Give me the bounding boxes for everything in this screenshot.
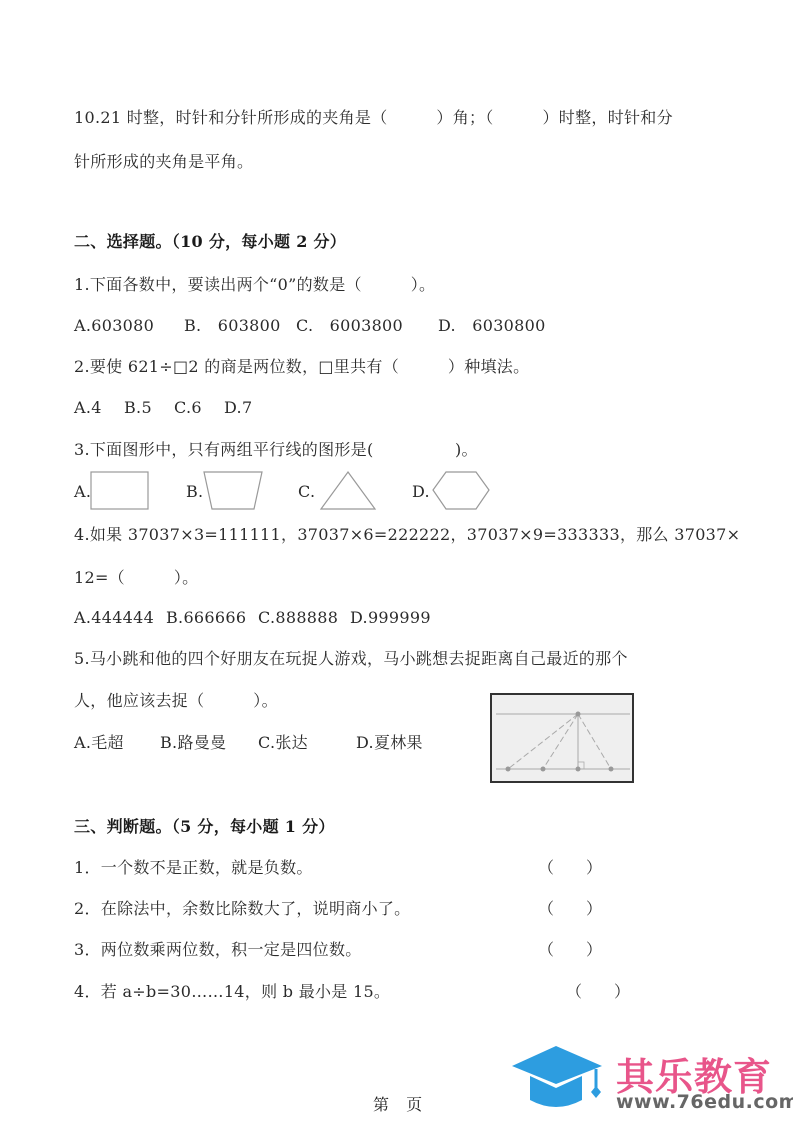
option-b: B.路曼曼 (160, 733, 258, 753)
option-a: A.4 (74, 398, 124, 418)
q5-line1: 5.马小跳和他的四个好朋友在玩捉人游戏，马小跳想去捉距离自己最近的那个 (74, 649, 628, 669)
q2-text: 2.要使 621÷□2 的商是两位数，□里共有（ ）种填法。 (74, 357, 529, 377)
q3-text: 3.下面图形中，只有两组平行线的图形是( )。 (74, 440, 478, 460)
option-d: D. 6030800 (438, 316, 546, 336)
q4-line2: 12=（ ）。 (74, 568, 198, 588)
judge-item-3: 3．两位数乘两位数，积一定是四位数。 (74, 940, 362, 960)
q5-options: A.毛超B.路曼曼C.张达D.夏林果 (74, 733, 423, 753)
option-d: D.夏林果 (356, 733, 423, 753)
option-c: C.6 (174, 398, 224, 418)
q4-line1: 4.如果 37037×3=111111，37037×6=222222，37037… (74, 525, 740, 545)
q3-option-c-label: C. (298, 482, 315, 502)
option-a: A.603080 (74, 316, 184, 336)
trapezoid-shape (203, 470, 263, 512)
triangle-shape (318, 470, 378, 512)
graduation-cap-icon (510, 1042, 605, 1114)
option-d: D.999999 (350, 608, 431, 628)
q3-option-b-label: B. (186, 482, 203, 502)
q1-options: A.603080B. 603800C. 6003800D. 6030800 (74, 316, 546, 336)
q3-option-a-label: A. (74, 482, 91, 502)
q10-line2: 针所形成的夹角是平角。 (74, 152, 253, 172)
option-a: A.444444 (74, 608, 166, 628)
judge-answer-1[interactable]: （ ） (538, 858, 602, 878)
q5-line2: 人，他应该去捉（ ）。 (74, 691, 278, 711)
option-c: C.张达 (258, 733, 356, 753)
distance-figure (490, 693, 634, 783)
q4-options: A.444444B.666666C.888888D.999999 (74, 608, 431, 628)
judge-item-4: 4．若 a÷b=30……14，则 b 最小是 15。 (74, 982, 390, 1002)
option-b: B.5 (124, 398, 174, 418)
judge-answer-3[interactable]: （ ） (538, 940, 602, 960)
hexagon-shape (432, 470, 492, 512)
q1-text: 1.下面各数中，要读出两个“0”的数是（ ）。 (74, 275, 435, 295)
q3-option-d-label: D. (412, 482, 430, 502)
logo-url: www.76edu.com (616, 1091, 793, 1113)
q2-options: A.4B.5C.6D.7 (74, 398, 252, 418)
judge-answer-2[interactable]: （ ） (538, 899, 602, 919)
section2-title: 二、选择题。（10 分，每小题 2 分） (74, 232, 346, 252)
section3-title: 三、判断题。（5 分，每小题 1 分） (74, 817, 335, 837)
option-d: D.7 (224, 398, 252, 418)
judge-answer-4[interactable]: （ ） (566, 982, 630, 1002)
judge-item-1: 1．一个数不是正数，就是负数。 (74, 858, 313, 878)
judge-item-2: 2．在除法中，余数比除数大了，说明商小了。 (74, 899, 410, 919)
option-b: B. 603800 (184, 316, 296, 336)
option-b: B.666666 (166, 608, 258, 628)
page-number-label: 第 页 (373, 1092, 428, 1115)
option-c: C.888888 (258, 608, 350, 628)
option-a: A.毛超 (74, 733, 160, 753)
rectangle-shape (90, 470, 150, 512)
q10-line1: 10.21 时整，时针和分针所形成的夹角是（ ）角；（ ）时整，时针和分 (74, 108, 673, 128)
option-c: C. 6003800 (296, 316, 438, 336)
